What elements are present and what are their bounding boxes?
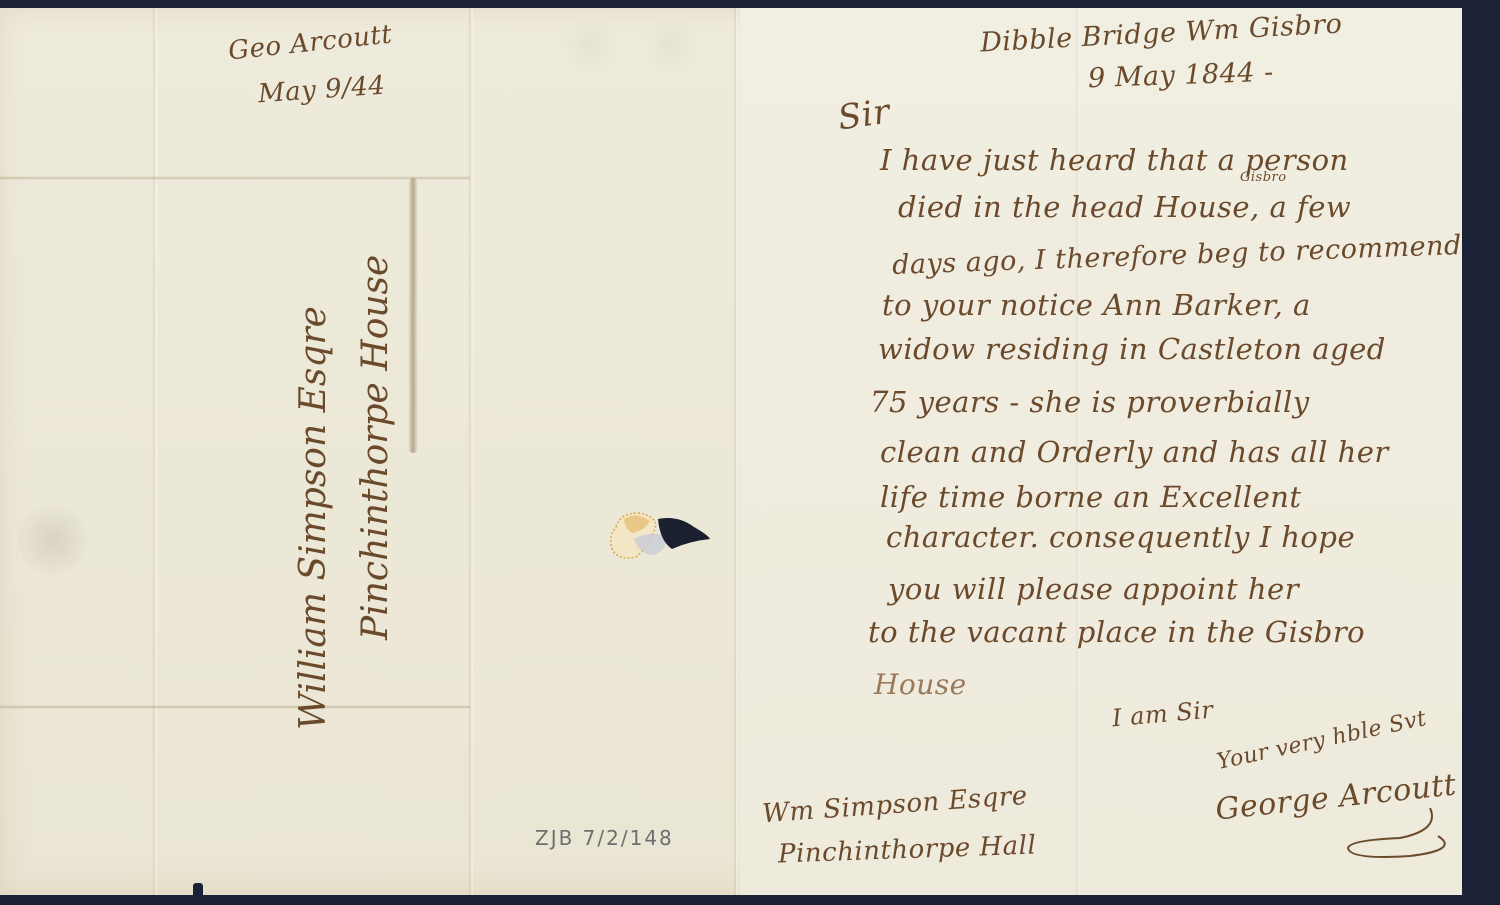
body-line: 75 years - she is proverbially bbox=[870, 385, 1310, 419]
body-line: character. consequently I hope bbox=[886, 520, 1355, 554]
paper-tear bbox=[193, 883, 203, 897]
body-line: clean and Orderly and has all her bbox=[880, 435, 1389, 469]
archive-reference: ZJB 7/2/148 bbox=[535, 826, 674, 850]
wax-seal-remnant bbox=[598, 505, 710, 570]
address-name: William Simpson Esqre bbox=[283, 170, 345, 730]
wax-residue-stain bbox=[18, 505, 88, 575]
body-line: you will please appoint her bbox=[888, 572, 1299, 606]
paper-embossing bbox=[640, 18, 700, 73]
body-line: widow residing in Castleton aged bbox=[878, 332, 1386, 366]
body-insertion: Gisbro bbox=[1240, 170, 1287, 185]
signature-flourish bbox=[1330, 800, 1480, 870]
body-line: life time borne an Excellent bbox=[880, 480, 1302, 514]
body-line: to your notice Ann Barker, a bbox=[882, 288, 1311, 322]
body-line: to the vacant place in the Gisbro bbox=[868, 615, 1365, 649]
letter-date: 9 May 1844 - bbox=[1088, 57, 1275, 94]
address-block: William Simpson Esqre Pinchinthorpe Hous… bbox=[283, 170, 407, 730]
body-line: House bbox=[874, 668, 967, 701]
paper-embossing bbox=[560, 18, 620, 73]
page-centerfold bbox=[733, 8, 739, 895]
fold-line bbox=[468, 8, 474, 895]
body-line: died in the head House, a few bbox=[898, 190, 1351, 224]
fold-line bbox=[152, 8, 158, 895]
ink-smear bbox=[408, 178, 418, 453]
salutation: Sir bbox=[835, 92, 892, 139]
address-house: Pinchinthorpe House bbox=[345, 170, 407, 730]
